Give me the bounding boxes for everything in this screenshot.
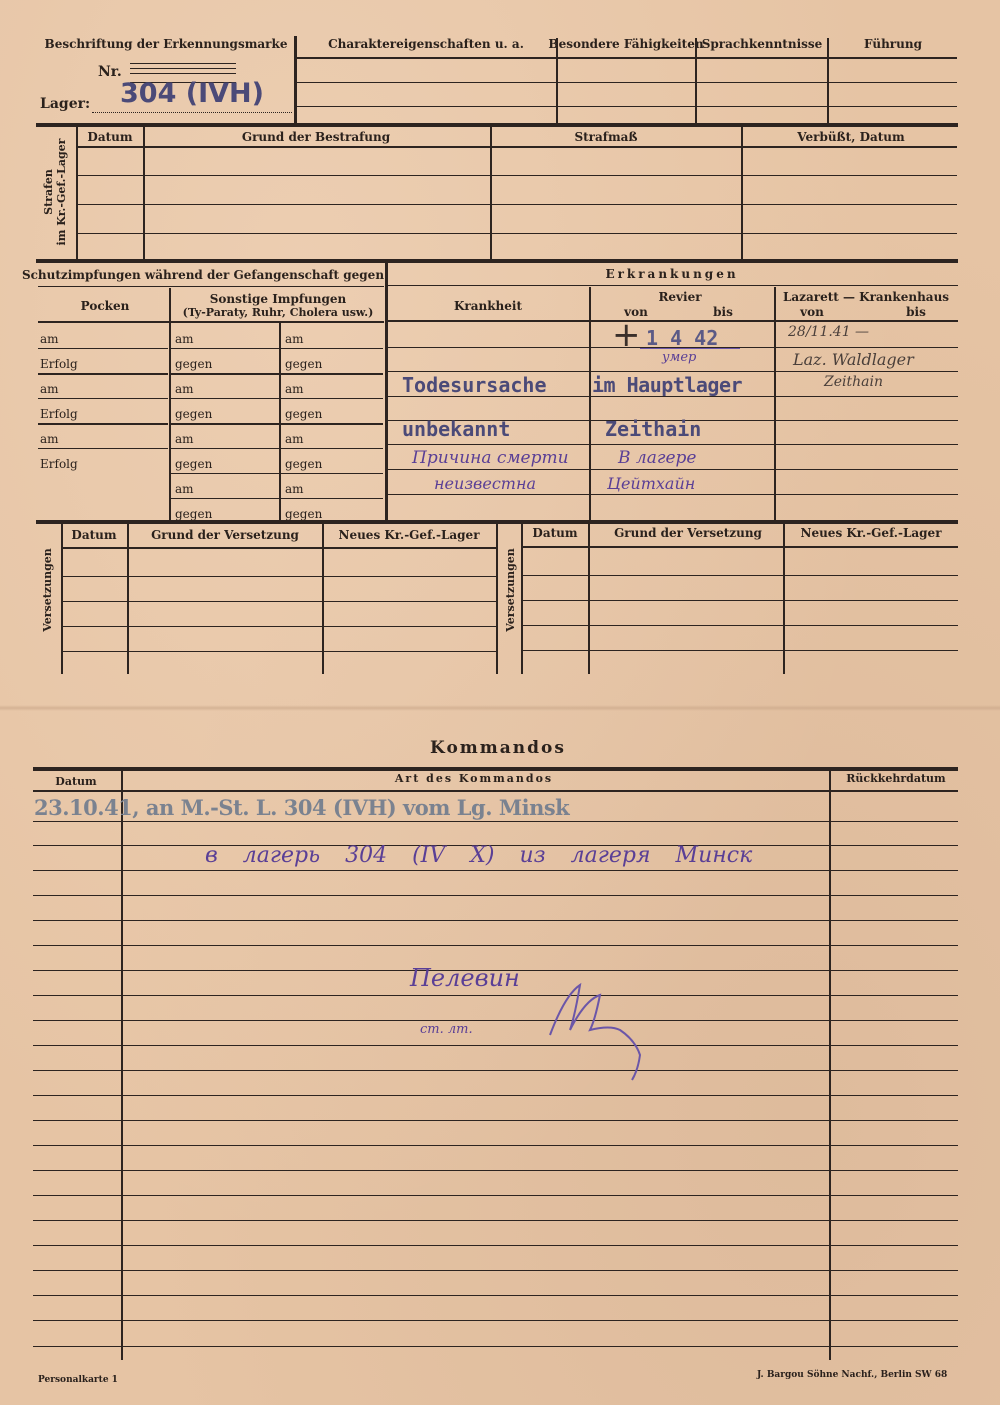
strafen-col-datum: Datum [87, 130, 132, 144]
hand-ru-zeithain: Цейтхайн [607, 474, 695, 493]
col-lazarett-bis: bis [906, 305, 926, 319]
rule [33, 895, 958, 896]
rule [522, 625, 958, 626]
death-cross-icon: + [612, 318, 641, 352]
rule [38, 286, 384, 287]
rule [33, 1145, 958, 1146]
rule [38, 373, 168, 375]
rule [33, 1095, 958, 1096]
death-date-stamp: 1 4 42 [646, 326, 718, 350]
stamp-todesursache: Todesursache [402, 373, 547, 397]
rule [388, 285, 958, 286]
hand-ru-unknown: неизвестна [434, 474, 536, 493]
lager-dotted-line [92, 112, 292, 113]
rule [33, 920, 958, 921]
rule [77, 204, 957, 205]
sonstige-am-3b: am [285, 432, 304, 446]
stamp-zeithain: Zeithain [605, 417, 701, 441]
versetzungen-right-col-grund: Grund der Versetzung [614, 526, 762, 540]
kommandos-col-art: Art des Kommandos [395, 772, 553, 785]
rule [297, 82, 957, 83]
date-underline [640, 348, 740, 349]
rule [62, 601, 496, 602]
versetzungen-left-col-grund: Grund der Versetzung [151, 528, 299, 542]
divider [496, 524, 498, 674]
lazarett-place-1: Laz. Waldlager [793, 350, 914, 369]
rule [77, 146, 957, 148]
erkrankungen-title: Erkrankungen [605, 267, 738, 281]
rule [38, 448, 168, 449]
nr-label: Nr. [98, 64, 122, 80]
lager-label: Lager: [40, 96, 90, 112]
col-revier-bis: bis [713, 305, 733, 319]
col-krankheit: Krankheit [454, 299, 522, 313]
rule [171, 448, 383, 449]
col-lazarett: Lazarett — Krankenhaus [783, 290, 949, 304]
rule [62, 576, 496, 577]
sonstige-gegen-4a: gegen [175, 507, 212, 521]
col-revier: Revier [658, 290, 701, 304]
versetzungen-side-label-left: Versetzungen [41, 540, 54, 640]
divider [121, 770, 123, 1360]
lager-stamp: 304 (IVH) [120, 78, 264, 109]
strafen-col-verbuesst: Verbüßt, Datum [797, 130, 904, 144]
sonstige-gegen-2b: gegen [285, 407, 322, 421]
divider [829, 770, 831, 1360]
divider [827, 38, 829, 124]
rule [33, 767, 958, 771]
hand-ru-cause-of-death: Причина смерти [412, 448, 569, 468]
col-lazarett-von: von [800, 305, 824, 319]
rule [522, 650, 958, 651]
kommandos-col-datum: Datum [55, 775, 96, 788]
versetzungen-right-col-datum: Datum [532, 526, 577, 540]
schutzimpfungen-title: Schutzimpfungen während der Gefangenscha… [22, 268, 384, 282]
versetzungen-left-col-datum: Datum [71, 528, 116, 542]
rule [33, 1270, 958, 1271]
rule [62, 651, 496, 652]
kommandos-col-rueckkehr: Rückkehrdatum [846, 772, 945, 785]
sonstige-am-1b: am [285, 332, 304, 346]
col-besondere-faehigkeiten: Besondere Fähigkeiten [548, 37, 703, 51]
rule [33, 1295, 958, 1296]
strafen-side-label: Strafen im Kr.-Gef.-Lager [42, 132, 68, 252]
pocken-erfolg-2: Erfolg [40, 407, 78, 421]
rule [388, 469, 958, 470]
rule [33, 995, 958, 996]
rule [33, 1245, 958, 1246]
rule [62, 626, 496, 627]
footer-printer: J. Bargou Söhne Nachf., Berlin SW 68 [757, 1370, 947, 1380]
rule [171, 498, 383, 499]
rule [33, 1346, 958, 1347]
col-charaktereigenschaften: Charaktereigenschaften u. a. [328, 37, 524, 51]
versetzungen-right-col-lager: Neues Kr.-Gef.-Lager [800, 526, 941, 540]
rule [38, 423, 168, 425]
lazarett-date: 28/11.41 — [788, 324, 869, 340]
stamp-im-hauptlager: im Hauptlager [592, 373, 742, 397]
stamp-unbekannt: unbekannt [402, 417, 510, 441]
divider [556, 38, 558, 124]
pocken-am-2: am [40, 382, 59, 396]
sonstige-am-2b: am [285, 382, 304, 396]
pocken-erfolg-1: Erfolg [40, 357, 78, 371]
rule [33, 1120, 958, 1121]
rule [522, 575, 958, 576]
footer-form-name: Personalkarte 1 [38, 1375, 118, 1385]
rule [388, 371, 958, 372]
sonstige-gegen-2a: gegen [175, 407, 212, 421]
kommando-entry-stamp: 23.10.41, an M.-St. L. 304 (IVH) vom Lg.… [34, 795, 569, 820]
sonstige-gegen-4b: gegen [285, 507, 322, 521]
rule [33, 1070, 958, 1071]
versetzungen-left-col-lager: Neues Kr.-Gef.-Lager [338, 528, 479, 542]
versetzungen-side-label-right: Versetzungen [504, 540, 517, 640]
sonstige-am-4a: am [175, 482, 194, 496]
col-pocken: Pocken [81, 299, 130, 313]
rule [38, 398, 168, 399]
rule [171, 373, 383, 375]
signature: Пелевин [410, 964, 520, 992]
sonstige-gegen-3b: gegen [285, 457, 322, 471]
rule [33, 1320, 958, 1321]
strafen-col-grund: Grund der Bestrafung [242, 130, 390, 144]
rule [388, 444, 958, 445]
divider [385, 261, 388, 521]
rule [33, 1195, 958, 1196]
rule [62, 547, 496, 549]
rule [38, 348, 168, 349]
signature-flourish-icon [540, 975, 650, 1085]
rule [33, 1045, 958, 1046]
rule [171, 473, 383, 474]
kommandos-title: Kommandos [430, 738, 566, 758]
rule [77, 175, 957, 176]
rule [33, 1170, 958, 1171]
divider [294, 36, 297, 124]
rule [171, 348, 383, 349]
lazarett-place-2: Zeithain [824, 374, 883, 390]
pocken-am-3: am [40, 432, 59, 446]
rule [77, 233, 957, 234]
erkennungsmarke-label: Beschriftung der Erkennungsmarke [45, 37, 288, 51]
rule [38, 321, 384, 323]
sonstige-gegen-1a: gegen [175, 357, 212, 371]
paper-fold [0, 705, 1000, 711]
rule [522, 546, 958, 548]
pocken-am-1: am [40, 332, 59, 346]
rule [33, 945, 958, 946]
signature-rank: ст. лт. [420, 1022, 473, 1037]
hand-ru-in-camp: В лагере [618, 448, 696, 468]
rule [33, 870, 958, 871]
col-sonstige-impfungen: Sonstige Impfungen [210, 292, 347, 306]
rule [171, 398, 383, 399]
divider [695, 38, 697, 124]
sonstige-am-4b: am [285, 482, 304, 496]
sonstige-gegen-3a: gegen [175, 457, 212, 471]
rule [36, 259, 958, 263]
sonstige-am-2a: am [175, 382, 194, 396]
rule [33, 1020, 958, 1021]
rule [388, 320, 958, 322]
sonstige-am-3a: am [175, 432, 194, 446]
col-sprachkenntnisse: Sprachkenntnisse [702, 37, 823, 51]
rule [33, 821, 958, 822]
rule [522, 600, 958, 601]
col-fuehrung: Führung [864, 37, 922, 51]
death-hand-note: умер [662, 350, 696, 365]
rule [33, 790, 958, 792]
divider [169, 288, 171, 520]
rule [171, 423, 383, 425]
divider [279, 323, 281, 520]
kommando-entry-handwritten: в лагерь 304 (IV Х) из лагеря Минск [205, 843, 752, 868]
sonstige-gegen-1b: gegen [285, 357, 322, 371]
rule [33, 1220, 958, 1221]
col-sonstige-sub: (Ty-Paraty, Ruhr, Cholera usw.) [183, 306, 374, 319]
rule [388, 494, 958, 495]
strafen-col-strafmass: Strafmaß [574, 130, 637, 144]
rule [297, 106, 957, 107]
rule [297, 57, 957, 59]
pocken-erfolg-3: Erfolg [40, 457, 78, 471]
sonstige-am-1a: am [175, 332, 194, 346]
rule [36, 123, 958, 127]
